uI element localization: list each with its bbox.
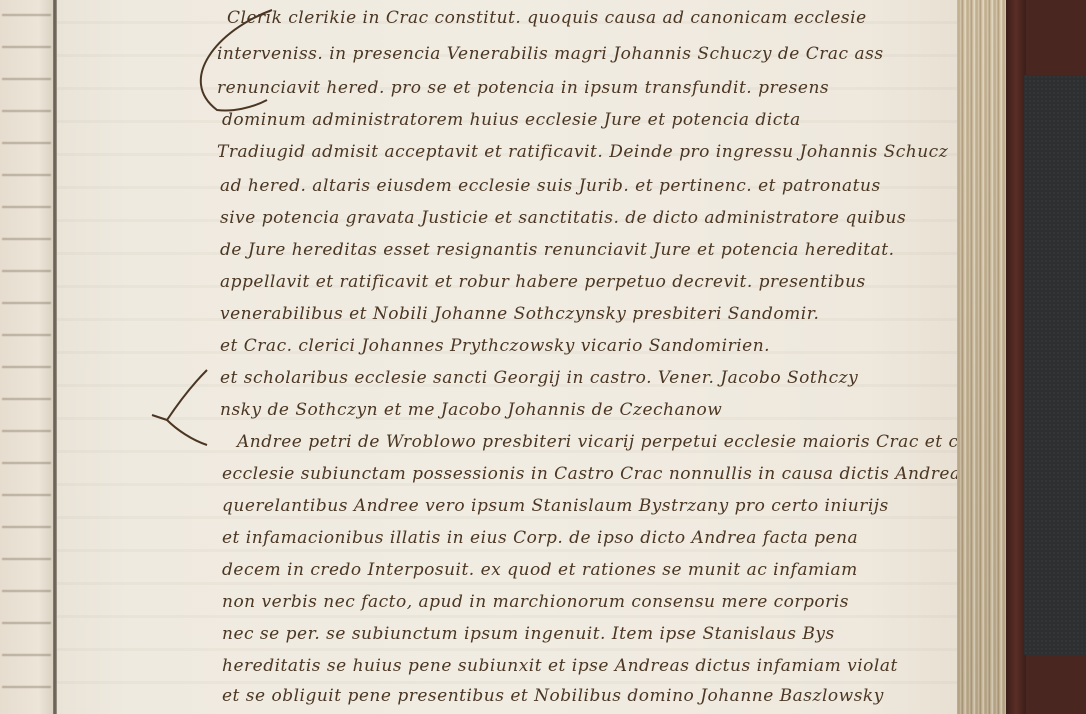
entry-2-line: et se obliguit pene presentibus et Nobil…	[222, 686, 884, 706]
left-page-line	[2, 588, 51, 592]
binding-board	[1024, 75, 1086, 655]
left-page-line	[2, 620, 51, 624]
left-page-line	[2, 652, 51, 656]
entry-2-line: et infamacionibus illatis in eius Corp. …	[222, 528, 858, 548]
facing-left-page	[0, 0, 55, 714]
entry-1-line: appellavit et ratificavit et robur haber…	[220, 272, 866, 292]
left-page-line	[2, 524, 51, 528]
entry-1-line: Clerik clerikie in Crac constitut. quoqu…	[227, 8, 867, 28]
manuscript-page: Clerik clerikie in Crac constitut. quoqu…	[57, 0, 960, 714]
binding-turn-in	[1006, 0, 1026, 714]
left-page-line	[2, 492, 51, 496]
left-page-line	[2, 140, 51, 144]
entry-1-line: interveniss. in presencia Venerabilis ma…	[217, 44, 884, 64]
left-page-line	[2, 428, 51, 432]
entry-1-line: venerabilibus et Nobili Johanne Sothczyn…	[220, 304, 819, 324]
entry-2-line: ecclesie subiunctam possessionis in Cast…	[222, 464, 961, 484]
entry-1-line: renunciavit hered. pro se et potencia in…	[217, 78, 829, 98]
left-page-line	[2, 76, 51, 80]
entry-2-line: nec se per. se subiunctum ipsum ingenuit…	[222, 624, 835, 644]
left-page-line	[2, 684, 51, 688]
entry-1-line: dominum administratorem huius ecclesie J…	[222, 110, 801, 130]
left-page-line	[2, 236, 51, 240]
entry-1-line: et scholaribus ecclesie sancti Georgij i…	[220, 368, 858, 388]
left-page-line	[2, 108, 51, 112]
left-page-line	[2, 44, 51, 48]
manuscript-photo: Clerik clerikie in Crac constitut. quoqu…	[0, 0, 1086, 714]
entry-1-line: et Crac. clerici Johannes Prythczowsky v…	[220, 336, 770, 356]
entry-1-line: sive potencia gravata Justicie et sancti…	[220, 208, 906, 228]
entry-1-line: ad hered. altaris eiusdem ecclesie suis …	[220, 176, 881, 196]
left-page-line	[2, 12, 51, 16]
left-page-line	[2, 332, 51, 336]
entry-2-line: non verbis nec facto, apud in marchionor…	[222, 592, 849, 612]
left-page-line	[2, 396, 51, 400]
entry-2-line: Andree petri de Wroblowo presbiteri vica…	[237, 432, 989, 452]
entry-2-line: querelantibus Andree vero ipsum Stanisla…	[222, 496, 889, 516]
left-page-line	[2, 172, 51, 176]
left-page-line	[2, 460, 51, 464]
left-page-line	[2, 300, 51, 304]
left-page-line	[2, 364, 51, 368]
left-page-line	[2, 556, 51, 560]
left-page-line	[2, 204, 51, 208]
page-block-edge	[957, 0, 1007, 714]
entry-2-line: decem in credo Interposuit. ex quod et r…	[222, 560, 858, 580]
entry-1-line: Tradiugid admisit acceptavit et ratifica…	[217, 142, 948, 162]
entry-2-line: hereditatis se huius pene subiunxit et i…	[222, 656, 898, 676]
entry-1-line: de Jure hereditas esset resignantis renu…	[220, 240, 895, 260]
left-page-line	[2, 268, 51, 272]
entry-1-line: nsky de Sothczyn et me Jacobo Johannis d…	[220, 400, 722, 420]
